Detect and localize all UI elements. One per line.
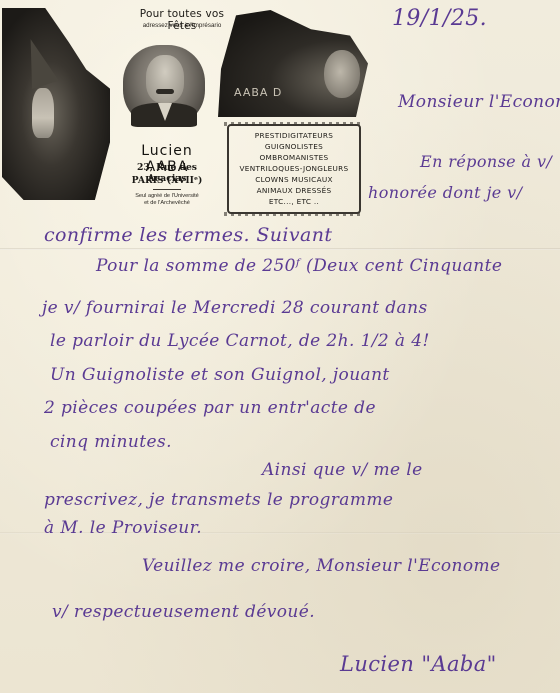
letterhead-approval-2: et de l'Archevêché	[117, 200, 217, 206]
act-item: ANIMAUX DRESSÉS	[229, 185, 359, 196]
paper-fold-line	[0, 248, 560, 250]
letter-line: Ainsi que v/ me le	[262, 460, 423, 480]
act-item: CLOWNS MUSICAUX	[229, 174, 359, 185]
letterhead-subline: adressez vous à l'Imprésario	[118, 22, 246, 29]
portrait-moustache	[156, 89, 174, 94]
letter-closing: v/ respectueusement dévoué.	[52, 602, 315, 622]
act-item: VENTRILOQUES-JONGLEURS	[229, 163, 359, 174]
letter-line: Un Guignoliste et son Guignol, jouant	[50, 365, 390, 385]
puppet-face-shape	[324, 50, 360, 98]
letter-signature: Lucien "Aaba"	[340, 652, 497, 676]
letter-line: cinq minutes.	[50, 432, 172, 452]
letter-date: 19/1/25.	[392, 6, 487, 31]
impresario-portrait	[123, 45, 205, 127]
act-item: GUIGNOLISTES	[229, 141, 359, 152]
letter-line: Pour la somme de 250ᶠ (Deux cent Cinquan…	[96, 256, 502, 276]
act-item: OMBROMANISTES	[229, 152, 359, 163]
letterhead-city: PARIS (XVIIᵉ)	[117, 175, 217, 186]
wizard-beard-shape	[32, 88, 54, 138]
act-item: ETC..., ETC ..	[229, 196, 359, 207]
letter-line: à M. le Proviseur.	[44, 518, 202, 538]
letter-line: 2 pièces coupées par un entr'acte de	[44, 398, 376, 418]
letterhead-divider	[153, 189, 181, 190]
letter-line: le parloir du Lycée Carnot, de 2h. 1/2 à…	[50, 331, 430, 351]
act-item: PRESTIDIGITATEURS	[229, 130, 359, 141]
portrait-head	[146, 55, 184, 103]
letterhead-approval-1: Seul agréé de l'Université	[117, 193, 217, 199]
letter-line: confirme les termes. Suivant	[44, 224, 332, 246]
letter-salutation: Monsieur l'Econom	[398, 92, 560, 112]
photo-sign-text: AABA D	[234, 86, 282, 99]
letter-line: je v/ fournirai le Mercredi 28 courant d…	[42, 298, 428, 318]
letter-line: prescrivez, je transmets le programme	[44, 490, 393, 510]
ornament-border-bottom	[224, 212, 364, 216]
letter-line: honorée dont je v/	[368, 183, 522, 202]
acts-box: PRESTIDIGITATEURS GUIGNOLISTES OMBROMANI…	[227, 124, 361, 214]
wizard-hat-shape	[17, 35, 58, 89]
letter-line: En réponse à v/	[420, 152, 552, 171]
letter-closing: Veuillez me croire, Monsieur l'Econome	[142, 556, 501, 576]
